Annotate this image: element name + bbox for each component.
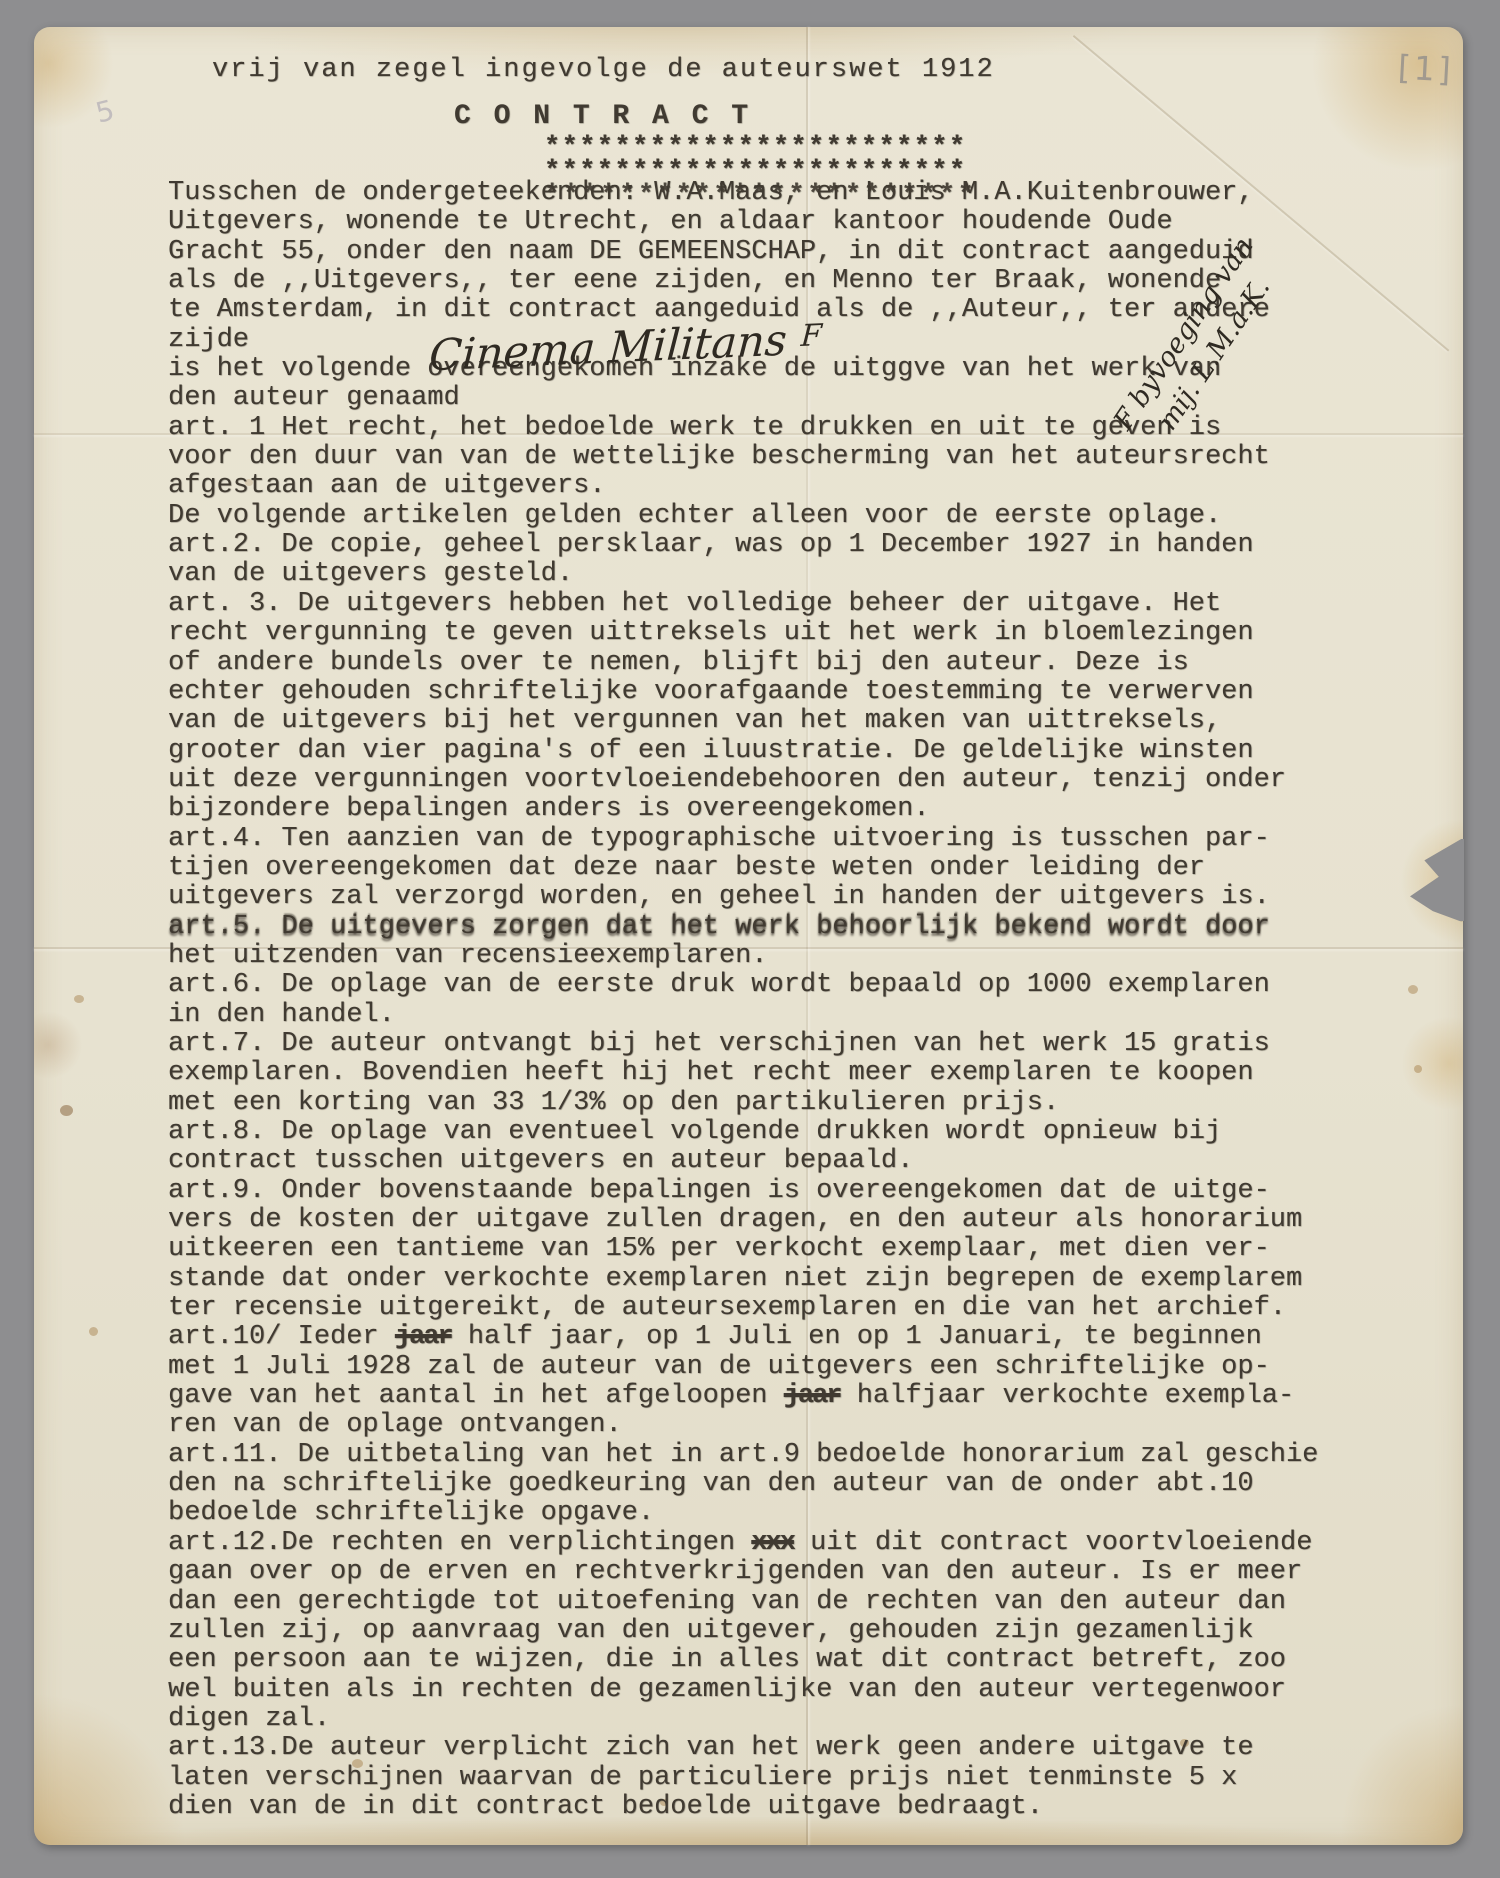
text-line: grooter dan vier pagina's of een iluustr… [168,737,1318,766]
foxing-speck [1408,985,1418,994]
insertion-mark: F [800,318,823,354]
text-line: met 1 Juli 1928 zal de auteur van de uit… [168,1353,1318,1382]
text-line: tijen overeengekomen dat deze naar beste… [168,854,1318,883]
text-line: art.10/ Ieder jaar half jaar, op 1 Juli … [168,1323,1318,1352]
text-line: art.5. De uitgevers zorgen dat het werk … [168,913,1318,942]
foxing-speck [89,1327,98,1336]
text-line: den na schriftelijke goedkeuring van den… [168,1470,1318,1499]
text-line: art.11. De uitbetaling van het in art.9 … [168,1441,1318,1470]
text-line: van de uitgevers bij het vergunnen van h… [168,707,1318,736]
contract-title: C O N T R A C T [454,101,751,132]
text-line: recht vergunning te geven uittreksels ui… [168,619,1318,648]
text-line: contract tusschen uitgevers en auteur be… [168,1147,1318,1176]
text-line: dan een gerechtigde tot uitoefening van … [168,1588,1318,1617]
text-line: echter gehouden schriftelijke voorafgaan… [168,678,1318,707]
text-line: ren van de oplage ontvangen. [168,1411,1318,1440]
text-line: art. 3. De uitgevers hebben het volledig… [168,590,1318,619]
text-line: art.2. De copie, geheel persklaar, was o… [168,531,1318,560]
text-line: als de ,,Uitgevers,, ter eene zijden, en… [168,267,1318,296]
text-line: zullen zij, op aanvraag van den uitgever… [168,1617,1318,1646]
foxing-speck [60,1105,73,1116]
text-line: wel buiten als in rechten de gezamenlijk… [168,1676,1318,1705]
text-line: art.4. Ten aanzien van de typographische… [168,825,1318,854]
text-line: uit deze vergunningen voortvloeiendebeho… [168,766,1318,795]
text-line: art.12.De rechten en verplichtingen xxx … [168,1529,1318,1558]
text-line: gaan over op de erven en rechtverkrijgen… [168,1558,1318,1587]
pencil-corner-mark: 5 [92,93,117,129]
contract-page: vrij van zegel ingevolge de auteurswet 1… [34,27,1463,1845]
text-line: met een korting van 33 1/3% op den parti… [168,1089,1318,1118]
scan-background: vrij van zegel ingevolge de auteurswet 1… [0,0,1500,1878]
text-line: Uitgevers, wonende te Utrecht, en aldaar… [168,208,1318,237]
text-line: bijzondere bepalingen anders is overeeng… [168,795,1318,824]
text-line: in den handel. [168,1001,1318,1030]
text-line: ter recensie uitgereikt, de auteursexemp… [168,1294,1318,1323]
text-line: art.9. Onder bovenstaande bepalingen is … [168,1177,1318,1206]
text-line: van de uitgevers gesteld. [168,560,1318,589]
paper-tear-right-edge [1404,839,1464,921]
text-line: art.8. De oplage van eventueel volgende … [168,1118,1318,1147]
pencil-page-number: [1] [1397,48,1455,90]
foxing-speck [74,995,84,1003]
text-line: Tusschen de ondergeteekenden: W.A.Maas, … [168,179,1318,208]
text-line: bedoelde schriftelijke opgave. [168,1499,1318,1528]
text-line: art.13.De auteur verplicht zich van het … [168,1734,1318,1763]
text-line: een persoon aan te wijzen, die in alles … [168,1646,1318,1675]
text-line: of andere bundels over te nemen, blijft … [168,649,1318,678]
text-line: art.7. De auteur ontvangt bij het versch… [168,1030,1318,1059]
text-line: Gracht 55, onder den naam DE GEMEENSCHAP… [168,238,1318,267]
text-line: stande dat onder verkochte exemplaren ni… [168,1265,1318,1294]
text-line: gave van het aantal in het afgeloopen ja… [168,1382,1318,1411]
text-line: uitkeeren een tantieme van 15% per verko… [168,1235,1318,1264]
text-line: uitgevers zal verzorgd worden, en geheel… [168,883,1318,912]
stamp-exemption-line: vrij van zegel ingevolge de auteurswet 1… [212,55,995,85]
text-line: laten verschijnen waarvan de particulier… [168,1764,1318,1793]
text-line: digen zal. [168,1705,1318,1734]
text-line: art.6. De oplage van de eerste druk word… [168,971,1318,1000]
text-line: dien van de in dit contract bedoelde uit… [168,1793,1318,1822]
text-line: het uitzenden van recensieexemplaren. [168,942,1318,971]
text-line: De volgende artikelen gelden echter alle… [168,502,1318,531]
foxing-speck [1414,1065,1422,1073]
text-line: vers de kosten der uitgave zullen dragen… [168,1206,1318,1235]
text-line: exemplaren. Bovendien heeft hij het rech… [168,1059,1318,1088]
